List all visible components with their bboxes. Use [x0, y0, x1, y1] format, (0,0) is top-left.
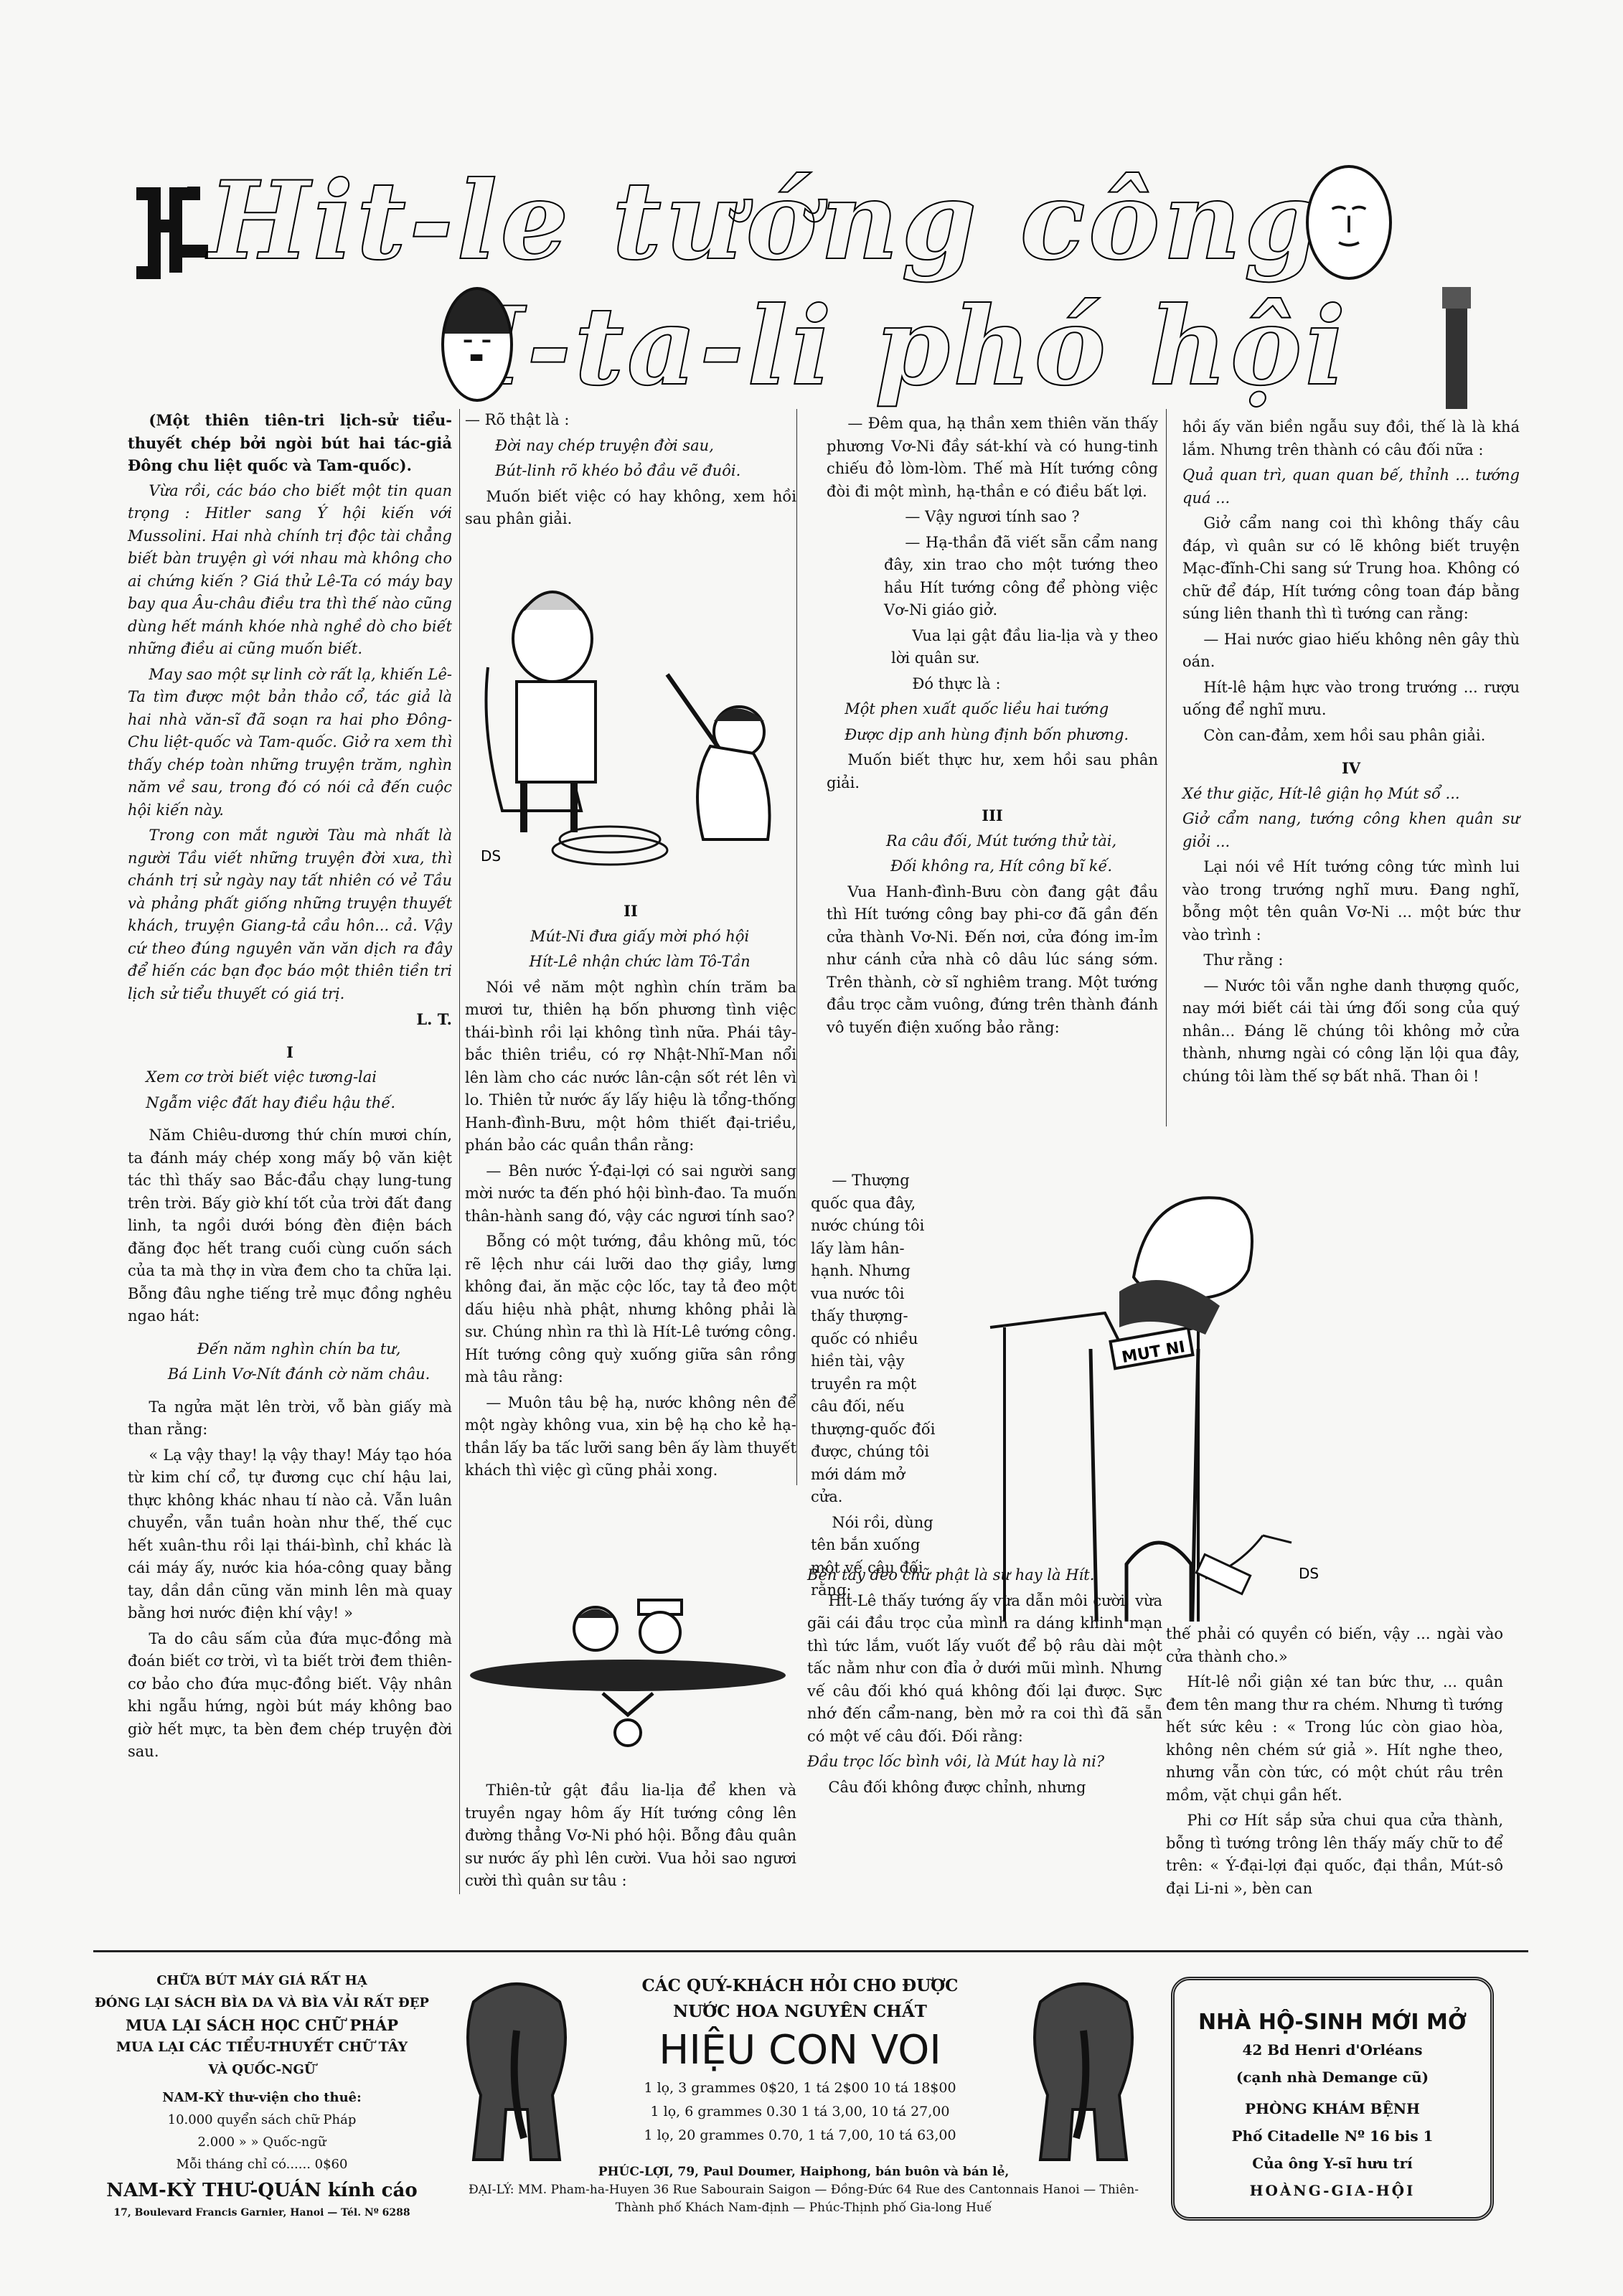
song-line: Bá Linh Vơ-Nít đánh cờ năm châu. — [128, 1363, 452, 1386]
cartoon-credit: DS — [1299, 1565, 1319, 1582]
headline-line-1: Hit-le tướng công — [208, 158, 1322, 284]
ad-line: VÀ QUỐC-NGỮ — [86, 2059, 438, 2081]
ad-line: 42 Bd Henri d'Orléans — [1175, 2036, 1490, 2064]
article-column-4-end: thế phải có quyền có biến, vậy ... ngài … — [1166, 1623, 1503, 1903]
chapter-verse: Xé thư giặc, Hít-lê giận họ Mút sổ ... — [1182, 783, 1520, 806]
paragraph: — Hai nước giao hiếu không nên gây thù o… — [1182, 629, 1520, 674]
article-column-2: — Rõ thật là : Đời nay chép truyện đời s… — [465, 409, 796, 534]
ad-line: CHỮA BÚT MÁY GIÁ RẤT HẠ — [86, 1970, 438, 1992]
chapter-verse: Đối không ra, Hít công bĩ kế. — [827, 855, 1158, 878]
ad-brand: HIỆU CON VOI — [588, 2025, 1012, 2076]
paragraph: Ta ngửa mặt lên trời, vỗ bàn giấy mà tha… — [128, 1396, 452, 1441]
paragraph: Lại nói về Hít tướng công tức mình lui v… — [1182, 856, 1520, 946]
paragraph: — Thượng quốc qua đây, nước chúng tôi lấ… — [811, 1170, 936, 1509]
ad-line: MUA LẠI SÁCH HỌC CHỮ PHÁP — [86, 2014, 438, 2036]
verse-line: Được dịp anh hùng định bốn phương. — [827, 724, 1158, 747]
ad-line: Của ông Y-sĩ hưu trí — [1175, 2150, 1490, 2177]
article-column-2-end: Thiên-tử gật đầu lia-lịa để khen và truy… — [465, 1779, 796, 1896]
chapter-number: I — [128, 1041, 452, 1064]
paragraph: Đó thực là : — [827, 673, 1158, 696]
paragraph: Muốn biết việc có hay không, xem hồi sau… — [465, 486, 796, 531]
ad-line: 10.000 quyển sách chữ Pháp — [86, 2109, 438, 2131]
ad-line: 2.000 » » Quốc-ngữ — [86, 2131, 438, 2153]
paragraph: — Rõ thật là : — [465, 409, 796, 432]
ad-line: NAM-KỲ THƯ-QUÁN kính cáo — [86, 2180, 438, 2202]
ad-section-divider — [93, 1950, 1528, 1952]
paragraph: Vua Hanh-đình-Bưu còn đang gật đầu thì H… — [827, 881, 1158, 1040]
paragraph: hồi ấy văn biền ngẫu suy đồi, thế là là … — [1182, 416, 1520, 461]
intro-note: (Một thiên tiên-tri lịch-sử tiểu-thuyết … — [128, 409, 452, 477]
paragraph: — Hạ-thần đã viết sẵn cẩm nang đây, xin … — [827, 532, 1158, 622]
paragraph: Bỗng có một tướng, đầu không mũ, tóc rẽ … — [465, 1231, 796, 1389]
ad-nam-ky-thu-quan: CHỮA BÚT MÁY GIÁ RẤT HẠ ĐÓNG LẠI SÁCH BÌ… — [86, 1970, 438, 2224]
cartoon-mussolini-gate: MUT NI DS — [961, 1162, 1378, 1622]
verse-line: Bên tay đeo chữ phật là sư hay là Hít. — [807, 1564, 1162, 1587]
ad-address: 17, Boulevard Francis Garnier, Hanoi — T… — [86, 2202, 438, 2224]
paragraph: — Vậy ngươi tính sao ? — [827, 506, 1158, 529]
paragraph: Hít-lê nổi giận xé tan bức thư, ... quân… — [1166, 1671, 1503, 1807]
paragraph: Phi cơ Hít sắp sửa chui qua cửa thành, b… — [1166, 1810, 1503, 1900]
paragraph: Vua lại gật đầu lia-lịa và y theo lời qu… — [827, 625, 1158, 670]
ad-line: PHÚC-LỢI, 79, Paul Doumer, Haiphong, bán… — [459, 2163, 1148, 2181]
paragraph: Ta do câu sấm của đứa mục-đồng mà đoán b… — [128, 1628, 452, 1764]
swastika-emblem-icon — [136, 187, 215, 280]
chapter-verse: Giở cẩm nang, tướng công khen quân sư gi… — [1182, 808, 1520, 853]
verse-line: Bút-linh rõ khéo bỏ đầu vẽ đuôi. — [465, 460, 796, 483]
chapter-number: IV — [1182, 757, 1520, 780]
paragraph: — Đêm qua, hạ thần xem thiên văn thấy ph… — [827, 413, 1158, 503]
paragraph: « Lạ vậy thay! lạ vậy thay! Máy tạo hóa … — [128, 1444, 452, 1625]
price-line: 1 lọ, 3 grammes 0$20, 1 tá 2$00 10 tá 18… — [588, 2076, 1012, 2100]
ad-title: NHÀ HỘ-SINH MỚI MỞ — [1175, 2009, 1490, 2036]
paragraph: — Nước tôi vẫn nghe danh thượng quốc, na… — [1182, 975, 1520, 1088]
ad-line: NAM-KỲ thư-viện cho thuê: — [86, 2086, 438, 2109]
chapter-number: III — [827, 804, 1158, 827]
article-column-3-end: Bên tay đeo chữ phật là sư hay là Hít. H… — [807, 1564, 1162, 1802]
ad-line: ĐÓNG LẠI SÁCH BÌA DA VÀ BÌA VẢI RẤT ĐẸP — [86, 1992, 438, 2014]
headline: Hit-le tướng công I-ta-li phó hội — [115, 143, 1521, 416]
paragraph: Thiên-tử gật đầu lia-lịa để khen và truy… — [465, 1779, 796, 1893]
chapter-number: II — [465, 900, 796, 923]
chapter-verse: Xem cơ trời biết việc tương-lai — [128, 1066, 452, 1089]
mussolini-face-icon — [1306, 165, 1392, 280]
paragraph: Hít-lê hậm hực vào trong trướng ... rượu… — [1182, 677, 1520, 722]
paragraph: thế phải có quyền có biến, vậy ... ngài … — [1166, 1623, 1503, 1668]
price-line: 1 lọ, 6 grammes 0.30 1 tá 3,00, 10 tá 27… — [588, 2100, 1012, 2124]
paragraph: Giở cẩm nang coi thì không thấy câu đáp,… — [1182, 512, 1520, 626]
chapter-verse: Hít-Lê nhận chức làm Tô-Tần — [465, 951, 796, 974]
paragraph: Trong con mắt người Tàu mà nhất là người… — [128, 824, 452, 1005]
chapter-verse: Mút-Ni đưa giấy mời phó hội — [465, 926, 796, 949]
paragraph: Năm Chiêu-dương thứ chín mươi chín, ta đ… — [128, 1124, 452, 1328]
verse-line: Quả quan trì, quan quan bế, thỉnh ... tư… — [1182, 464, 1520, 509]
ad-line: Mỗi tháng chỉ có...... 0$60 — [86, 2153, 438, 2175]
paragraph: — Muôn tâu bệ hạ, nước không nên để một … — [465, 1392, 796, 1482]
column-divider — [1166, 409, 1167, 1126]
verse-line: Đầu trọc lốc bình vôi, là Mút hay là ni? — [807, 1751, 1162, 1774]
paragraph: May sao một sự linh cờ rất lạ, khiến Lê-… — [128, 664, 452, 822]
ad-nha-ho-sinh: NHÀ HỘ-SINH MỚI MỞ 42 Bd Henri d'Orléans… — [1171, 1977, 1494, 2221]
article-column-2-cont: II Mút-Ni đưa giấy mời phó hội Hít-Lê nh… — [465, 890, 796, 1485]
ad-line: (cạnh nhà Demange cũ) — [1175, 2064, 1490, 2091]
article-column-1: (Một thiên tiên-tri lịch-sử tiểu-thuyết … — [128, 409, 452, 1766]
signature: L. T. — [128, 1008, 452, 1031]
ad-line: NƯỚC HOA NGUYÊN CHẤT — [588, 1999, 1012, 2025]
verse-line: Một phen xuất quốc liều hai tướng — [827, 698, 1158, 721]
article-column-4: hồi ấy văn biền ngẫu suy đồi, thế là là … — [1182, 416, 1520, 1091]
chapter-verse: Ngẫm việc đất hay điều hậu thế. — [128, 1092, 452, 1115]
hitler-face-icon — [441, 287, 513, 402]
paragraph: Muốn biết thực hư, xem hồi sau phân giải… — [827, 749, 1158, 794]
ad-line: ĐẠI-LÝ: MM. Pham-ha-Huyen 36 Rue Saboura… — [459, 2181, 1148, 2217]
verse-line: Đời nay chép truyện đời sau, — [465, 435, 796, 458]
ad-line: PHÒNG KHÁM BỆNH — [1175, 2095, 1490, 2122]
paragraph: Hít-Lê thấy tướng ấy vừa dẫn môi cười, v… — [807, 1590, 1162, 1749]
elephant-icon — [452, 1973, 581, 2167]
headline-line-2: I-ta-li phó hội — [474, 283, 1349, 410]
price-line: 1 lọ, 20 grammes 0.70, 1 tá 7,00, 10 tá … — [588, 2124, 1012, 2147]
ad-line: HOÀNG-GIA-HỘI — [1175, 2177, 1490, 2204]
ad-hieu-con-voi: CÁC QUÝ-KHÁCH HỎI CHO ĐƯỢC NƯỚC HOA NGUY… — [588, 1973, 1012, 2147]
ad-line: MUA LẠI CÁC TIỂU-THUYẾT CHỮ TÂY — [86, 2036, 438, 2059]
paragraph: Câu đối không được chỉnh, nhưng — [807, 1777, 1162, 1799]
paragraph: Nói về năm một nghìn chín trăm ba mươi t… — [465, 977, 796, 1157]
cartoon-hindenburg-hitler: DS — [466, 567, 796, 868]
chapter-verse: Ra câu đối, Mút tướng thử tài, — [827, 830, 1158, 853]
cartoon-airplane — [459, 1578, 796, 1758]
paragraph: Thư rằng : — [1182, 949, 1520, 972]
paragraph: — Bên nước Ý-đại-lợi có sai người sang m… — [465, 1160, 796, 1228]
ad-line: CÁC QUÝ-KHÁCH HỎI CHO ĐƯỢC — [588, 1973, 1012, 1999]
ad-seller-info: PHÚC-LỢI, 79, Paul Doumer, Haiphong, bán… — [459, 2163, 1148, 2217]
cartoon-credit: DS — [481, 847, 501, 865]
column-divider — [796, 409, 797, 1485]
fasces-emblem-icon — [1435, 287, 1478, 409]
song-line: Đến năm nghìn chín ba tư, — [128, 1338, 452, 1361]
paragraph: Còn can-đảm, xem hồi sau phân giải. — [1182, 725, 1520, 748]
elephant-icon — [1019, 1973, 1148, 2167]
paragraph: Vừa rồi, các báo cho biết một tin quan t… — [128, 480, 452, 661]
ad-line: Phố Citadelle Nº 16 bis 1 — [1175, 2122, 1490, 2150]
article-column-3: — Đêm qua, hạ thần xem thiên văn thấy ph… — [827, 413, 1158, 1042]
article-column-3-narrow: — Thượng quốc qua đây, nước chúng tôi lấ… — [811, 1170, 936, 1605]
